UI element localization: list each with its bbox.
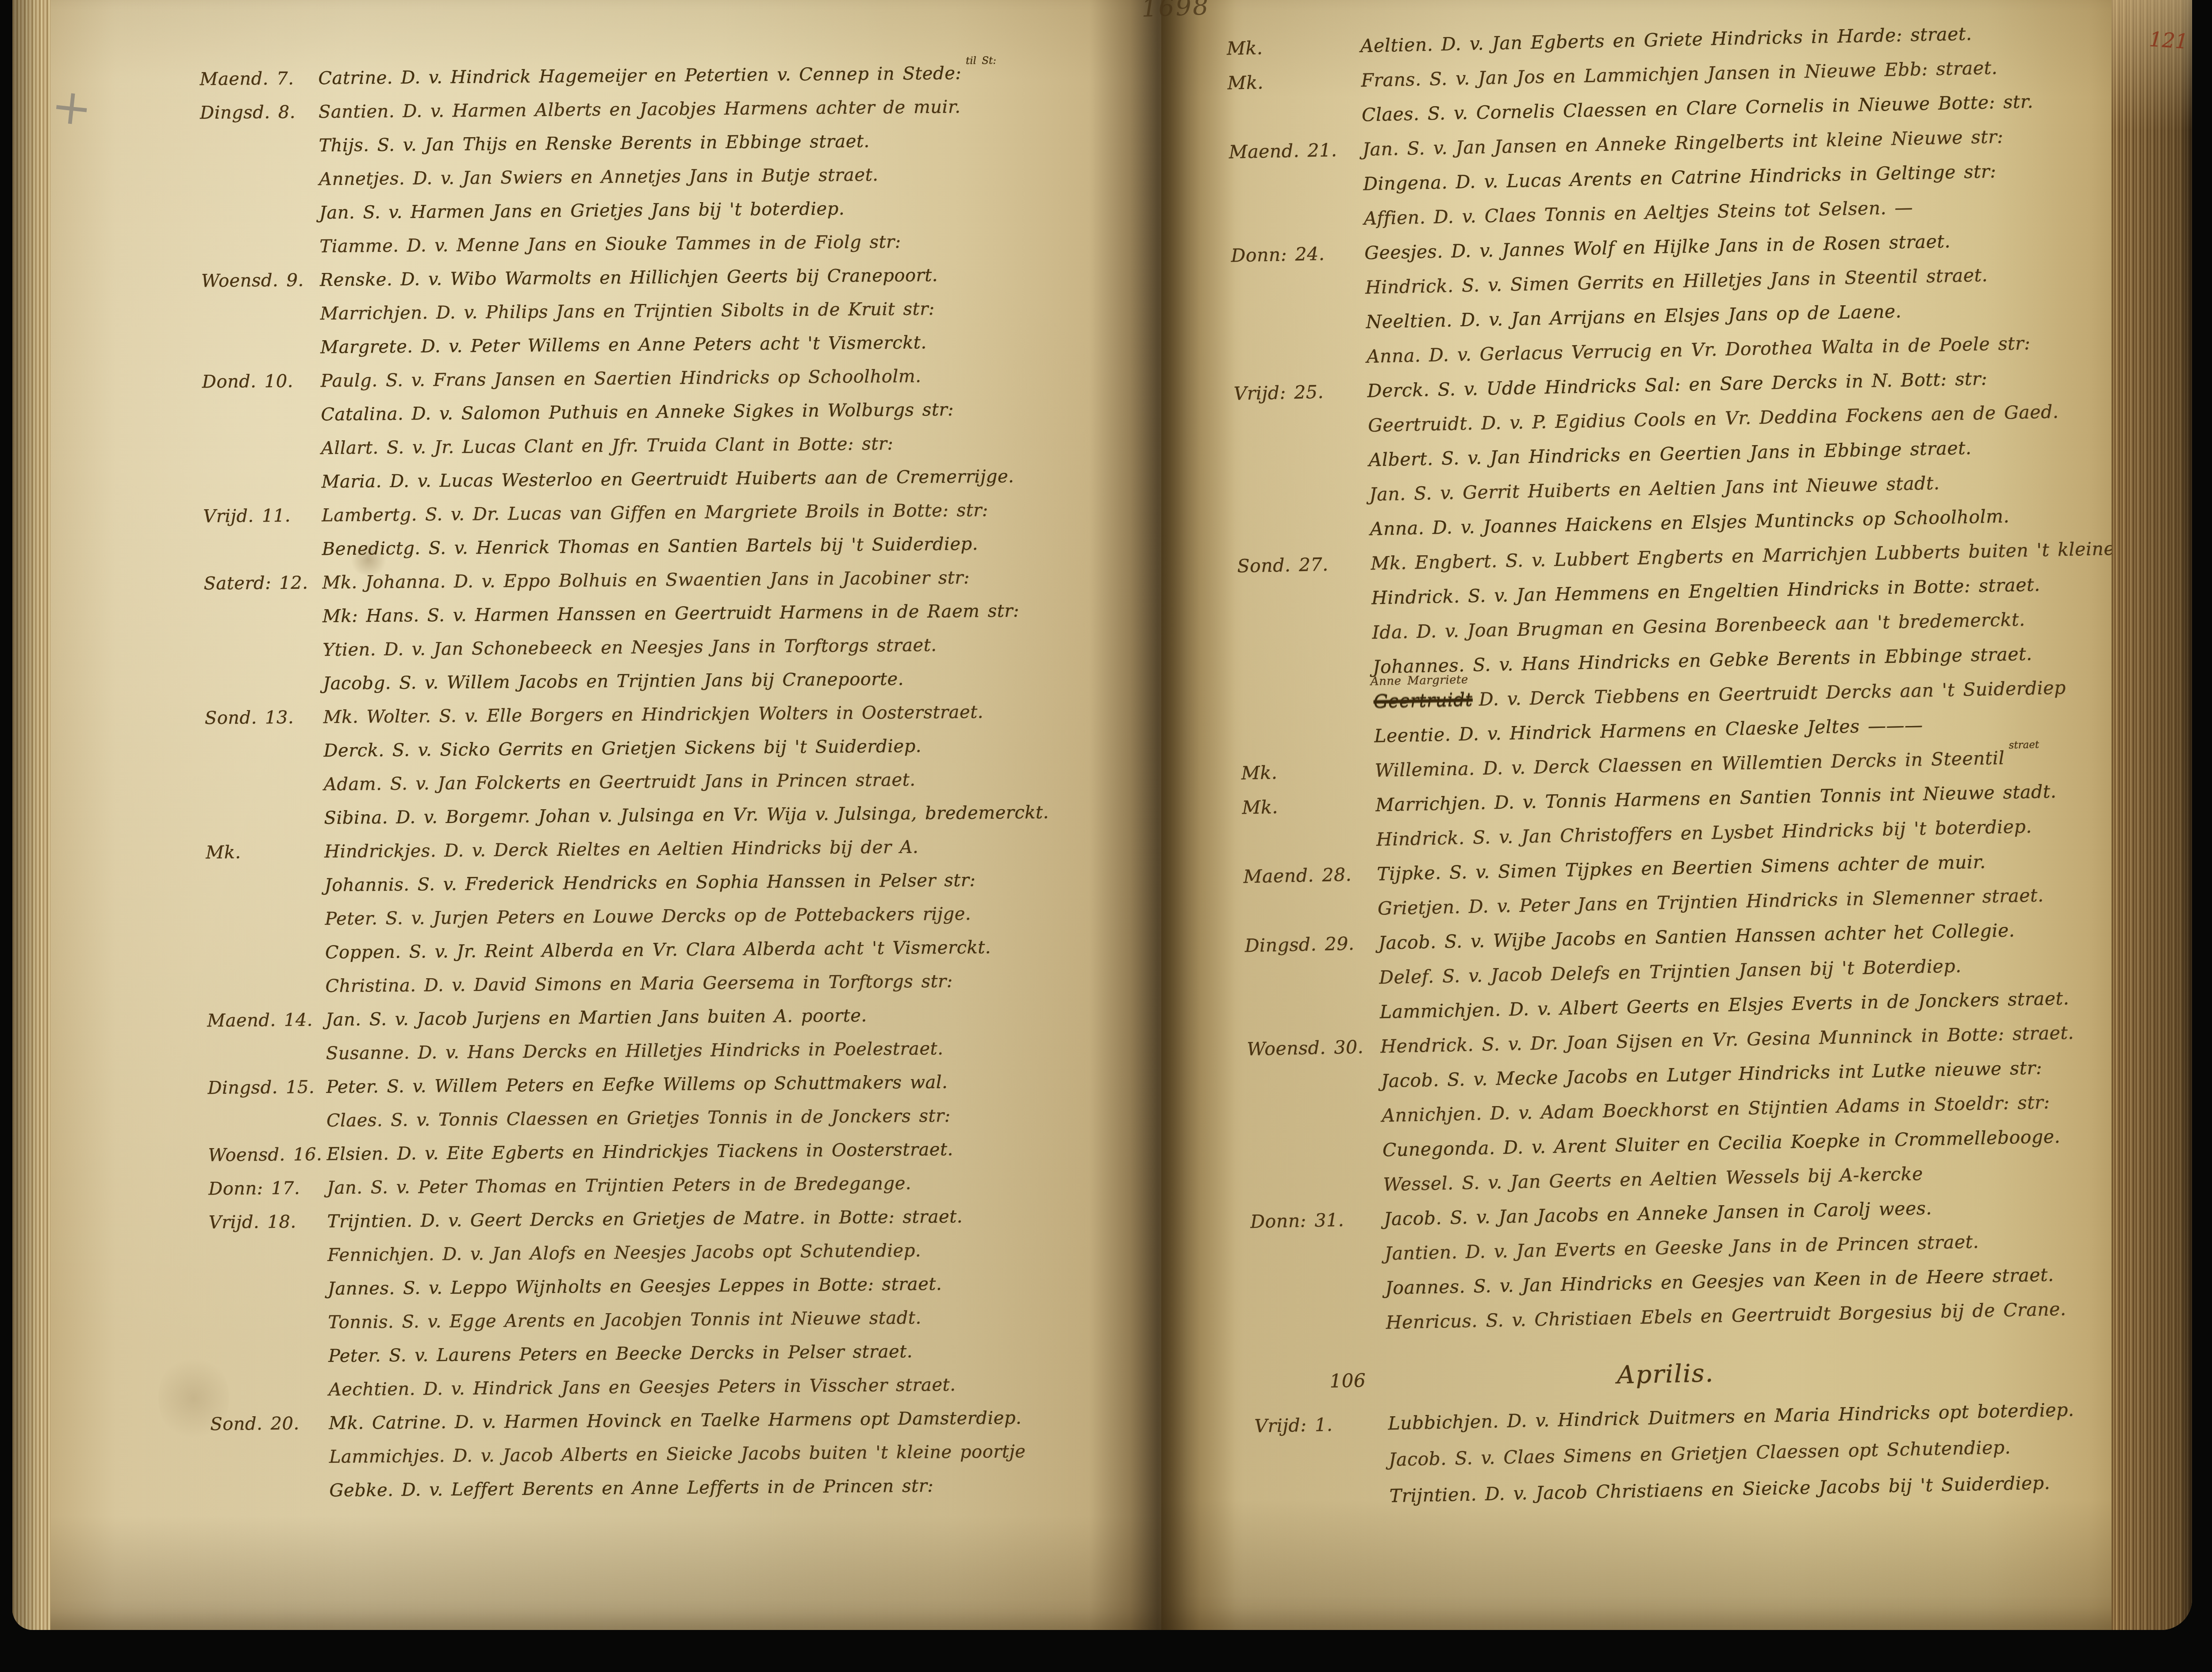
entry-body: Allart. S. v. Jr. Lucas Clant en Jfr. Tr… [321, 434, 894, 458]
entry-day-label [1252, 1466, 1389, 1468]
entry-day-label [202, 689, 323, 690]
entry-body: Thijs. S. v. Jan Thijs en Renske Berents… [319, 131, 869, 156]
entry-day-label [202, 656, 323, 657]
left-page-entries: Maend. 7. Catrine. D. v. Hindrick Hageme… [197, 62, 1141, 1515]
entry-body: Tonnis. S. v. Egge Arents en Jacobjen To… [328, 1308, 921, 1333]
entry-day-label: Dingsd. 29. [1242, 932, 1379, 956]
entry-body: Margrete. D. v. Peter Willems en Anne Pe… [320, 332, 927, 357]
entry-body: Marrichjen. D. v. Philips Jans en Trijnt… [320, 299, 934, 324]
entry-day-label [203, 824, 324, 825]
entry-day-label: Maend. 21. [1226, 139, 1363, 163]
entry-day-label: Maend. 7. [197, 68, 318, 89]
entry-day-label [198, 252, 319, 253]
entry-day-label [201, 622, 323, 623]
entry-day-label: Woensd. 30. [1244, 1036, 1381, 1060]
entry-body: Peter. S. v. Willem Peters en Eefke Will… [326, 1072, 948, 1097]
entry-day-label [1238, 742, 1375, 745]
entry-day-label [207, 1328, 328, 1329]
entry-body: Aeltien. D. v. Jan Egberts en Griete Hin… [1360, 23, 1972, 57]
entry-text: Catrine. D. v. Hindrick Hagemeijer en Pe… [318, 62, 1129, 88]
entry-day-label [204, 992, 326, 993]
entry-body: Christina. D. v. David Simons en Maria G… [325, 971, 952, 996]
entry-day-label [198, 219, 319, 219]
entry-day-label [200, 454, 321, 455]
entry-day-label [1241, 915, 1378, 917]
entry-day-label [1244, 1018, 1380, 1021]
entry-day-label: Mk. [1239, 794, 1376, 818]
entry-day-label: Sond. 13. [202, 707, 323, 728]
entry-day-label: Dingsd. 8. [197, 102, 319, 123]
entry-day-label [1240, 846, 1376, 848]
section-number: 106 [1329, 1369, 1366, 1392]
correction-wrap: Anne MargrieteGeertruidt [1373, 689, 1479, 712]
entry-day-label [208, 1463, 329, 1464]
entry-day-label [198, 185, 319, 186]
entry-day-label: Mk. [1225, 70, 1361, 94]
entry-day-label: Donn: 31. [1248, 1208, 1384, 1232]
entry-day-label [1225, 121, 1362, 124]
entry-day-label [203, 790, 324, 791]
entry-day-label [1234, 535, 1370, 538]
entry-day-label: Dingsd. 15. [205, 1077, 326, 1098]
entry-body: Hindrickjes. D. v. Derck Rieltes en Aelt… [324, 837, 918, 862]
year-header: 1698 [1141, 0, 1210, 23]
entry-body: Jan. S. v. Peter Thomas en Trijntien Pet… [327, 1173, 911, 1198]
entry-body: Elsien. D. v. Eite Egberts en Hindrickje… [326, 1139, 953, 1165]
entry-day-label [199, 353, 320, 354]
right-page: Mk. Aeltien. D. v. Jan Egberts en Griete… [1161, 0, 2192, 1630]
entry-body: Catalina. D. v. Salomon Puthuis en Annek… [321, 400, 954, 425]
entry-day-label [1230, 363, 1367, 365]
left-page: + Maend. 7. Catrine. D. v. Hindrick Hage… [12, 0, 1161, 1630]
section-title: Aprilis. [1365, 1351, 2116, 1395]
entry-body: Jan. S. v. Jacob Jurjens en Martien Jans… [326, 1005, 867, 1030]
entry-day-label: Vrijd. 11. [200, 505, 322, 527]
entry-day-label [1243, 984, 1379, 986]
entry-body: Gebke. D. v. Leffert Berents en Anne Lef… [329, 1476, 933, 1501]
entry-day-label [207, 1295, 328, 1295]
entry-day-label: Vrijd: 1. [1252, 1413, 1388, 1437]
entry-body: Peter. S. v. Laurens Peters en Beecke De… [328, 1341, 913, 1366]
april-entries: Vrijd: 1. Lubbichjen. D. v. Hindrick Dui… [1252, 1398, 2119, 1524]
entry-body: Fennichjen. D. v. Jan Alofs en Neesjes J… [327, 1241, 921, 1266]
entry-day-label [200, 420, 321, 421]
march-entries: Mk. Aeltien. D. v. Jan Egberts en Griete… [1224, 21, 2115, 1349]
entry-day-label [1236, 639, 1372, 642]
entry-day-label [1230, 328, 1366, 331]
entry-body: Jacobg. S. v. Willem Jacobs en Trijntien… [323, 669, 904, 694]
entry-day-label [1235, 604, 1371, 607]
entry-body: Catrine. D. v. Hindrick Hagemeijer en Pe… [318, 63, 961, 88]
entry-day-label [207, 1362, 328, 1363]
entry-day-label [207, 1395, 329, 1396]
page-number: 121 [2148, 27, 2189, 54]
entry-day-label [1232, 432, 1368, 434]
entry-day-label [198, 151, 319, 152]
entry-day-label [1248, 1260, 1385, 1262]
manuscript-scan: + Maend. 7. Catrine. D. v. Hindrick Hage… [0, 0, 2212, 1672]
entry-day-label [1228, 225, 1364, 227]
entry-day-label: Mk. [1224, 35, 1360, 59]
entry-day-label [1233, 466, 1369, 469]
entry-day-label [205, 1059, 326, 1060]
entry-day-label [200, 488, 322, 488]
inserted-correction: Anne Margriete [1370, 673, 1468, 688]
entry-body: Paulg. S. v. Frans Jansen en Saertien Hi… [321, 366, 922, 391]
entry-day-label [202, 757, 323, 757]
entry-body: Tiamme. D. v. Menne Jans en Siouke Tamme… [319, 232, 901, 257]
entry-body: Renske. D. v. Wibo Warmolts en Hillichje… [320, 265, 938, 290]
right-page-entries: Mk. Aeltien. D. v. Jan Egberts en Griete… [1224, 21, 2118, 1525]
struck-out-word: Geertruidt [1373, 689, 1473, 712]
entry-annotation: til St: [966, 55, 996, 67]
entry-day-label: Sond. 27. [1234, 553, 1371, 577]
entry-body: Jannes. S. v. Leppo Wijnholts en Geesjes… [328, 1274, 942, 1299]
entry-day-label [1245, 1087, 1381, 1090]
entry-day-label [1237, 673, 1373, 676]
entry-day-label [206, 1261, 327, 1262]
entry-day-label [1253, 1502, 1390, 1505]
entry-day-label [1229, 294, 1365, 296]
entry-day-label [201, 555, 322, 556]
left-page-stacked-edges [12, 0, 50, 1630]
entry-day-label: Woensd. 9. [199, 270, 320, 291]
entry-day-label [1233, 501, 1370, 504]
entry-day-label [204, 958, 325, 959]
entry-body: Adam. S. v. Jan Folckerts en Geertruidt … [324, 770, 916, 795]
entry-day-label [1237, 707, 1374, 710]
entry-day-label [204, 925, 325, 926]
entry-day-label: Maend. 14. [204, 1010, 326, 1031]
entry-day-label [199, 319, 320, 320]
entry-body: Annetjes. D. v. Jan Swiers en Annetjes J… [319, 165, 879, 189]
entry-body: Susanne. D. v. Hans Dercks en Hilletjes … [326, 1038, 944, 1064]
entry-body: Aechtien. D. v. Hindrick Jans en Geesjes… [328, 1375, 956, 1400]
entry-day-label [205, 1126, 326, 1127]
entry-day-label: Donn: 17. [206, 1178, 327, 1199]
entry-day-label: Mk. [1238, 760, 1375, 784]
entry-day-label: Sond. 20. [207, 1413, 329, 1434]
entry-day-label: Vrijd. 18. [206, 1211, 327, 1233]
entry-day-label [1227, 190, 1363, 193]
entry-day-label: Vrijd: 25. [1231, 381, 1367, 404]
entry-day-label: Saterd: 12. [201, 573, 322, 594]
entry-day-label: Donn: 24. [1228, 242, 1365, 266]
entry-day-label [1246, 1122, 1382, 1124]
entry-body: Ytien. D. v. Jan Schonebeeck en Neesjes … [323, 635, 937, 660]
register-entry: Gebke. D. v. Leffert Berents en Anne Lef… [208, 1474, 1141, 1515]
entry-day-label [204, 891, 325, 892]
entry-day-label: Maend. 28. [1240, 863, 1377, 887]
entry-body: Claes. S. v. Tonnis Claessen en Grietjes… [326, 1106, 951, 1131]
entry-body: Jan. S. v. Harmen Jans en Grietjes Jans … [319, 199, 845, 223]
entry-day-label [1246, 1156, 1382, 1159]
entry-day-label: Woensd. 16. [205, 1144, 326, 1165]
entry-day-label [208, 1496, 330, 1497]
margin-cross-mark: + [49, 77, 95, 138]
entry-text: Aeltien. D. v. Jan Egberts en Griete Hin… [1360, 21, 2089, 57]
entry-day-label [1249, 1294, 1386, 1297]
entry-body: Derck. S. v. Sicko Gerrits en Grietjen S… [323, 736, 922, 761]
entry-day-label: Dond. 10. [200, 371, 321, 392]
entry-annotation: straet [2008, 739, 2039, 751]
right-page-stacked-edges [2112, 0, 2192, 1630]
entry-day-label: Mk. [203, 842, 324, 863]
entry-day-label [1250, 1329, 1386, 1331]
entry-day-label [1247, 1191, 1383, 1193]
